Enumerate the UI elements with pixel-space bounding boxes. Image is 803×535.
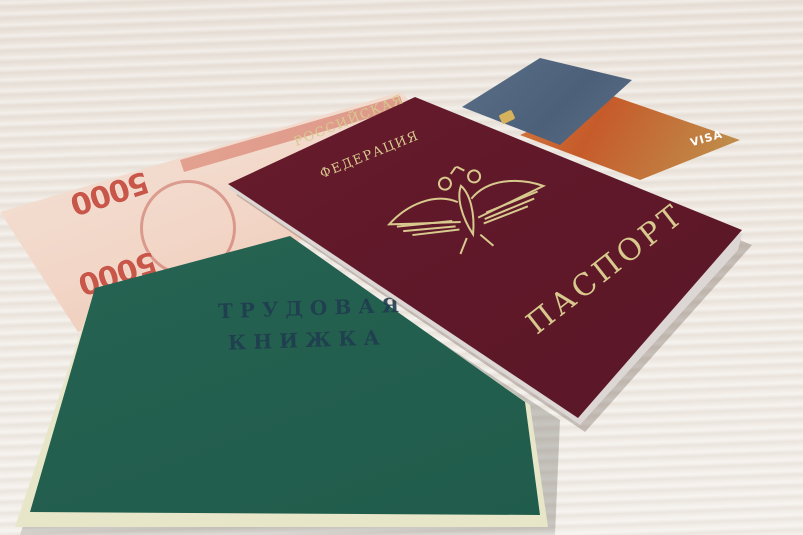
table-surface: 5000 5000 VISA ТРУДОВАЯ КНИЖКА РОССИЙСКА… — [0, 0, 803, 535]
